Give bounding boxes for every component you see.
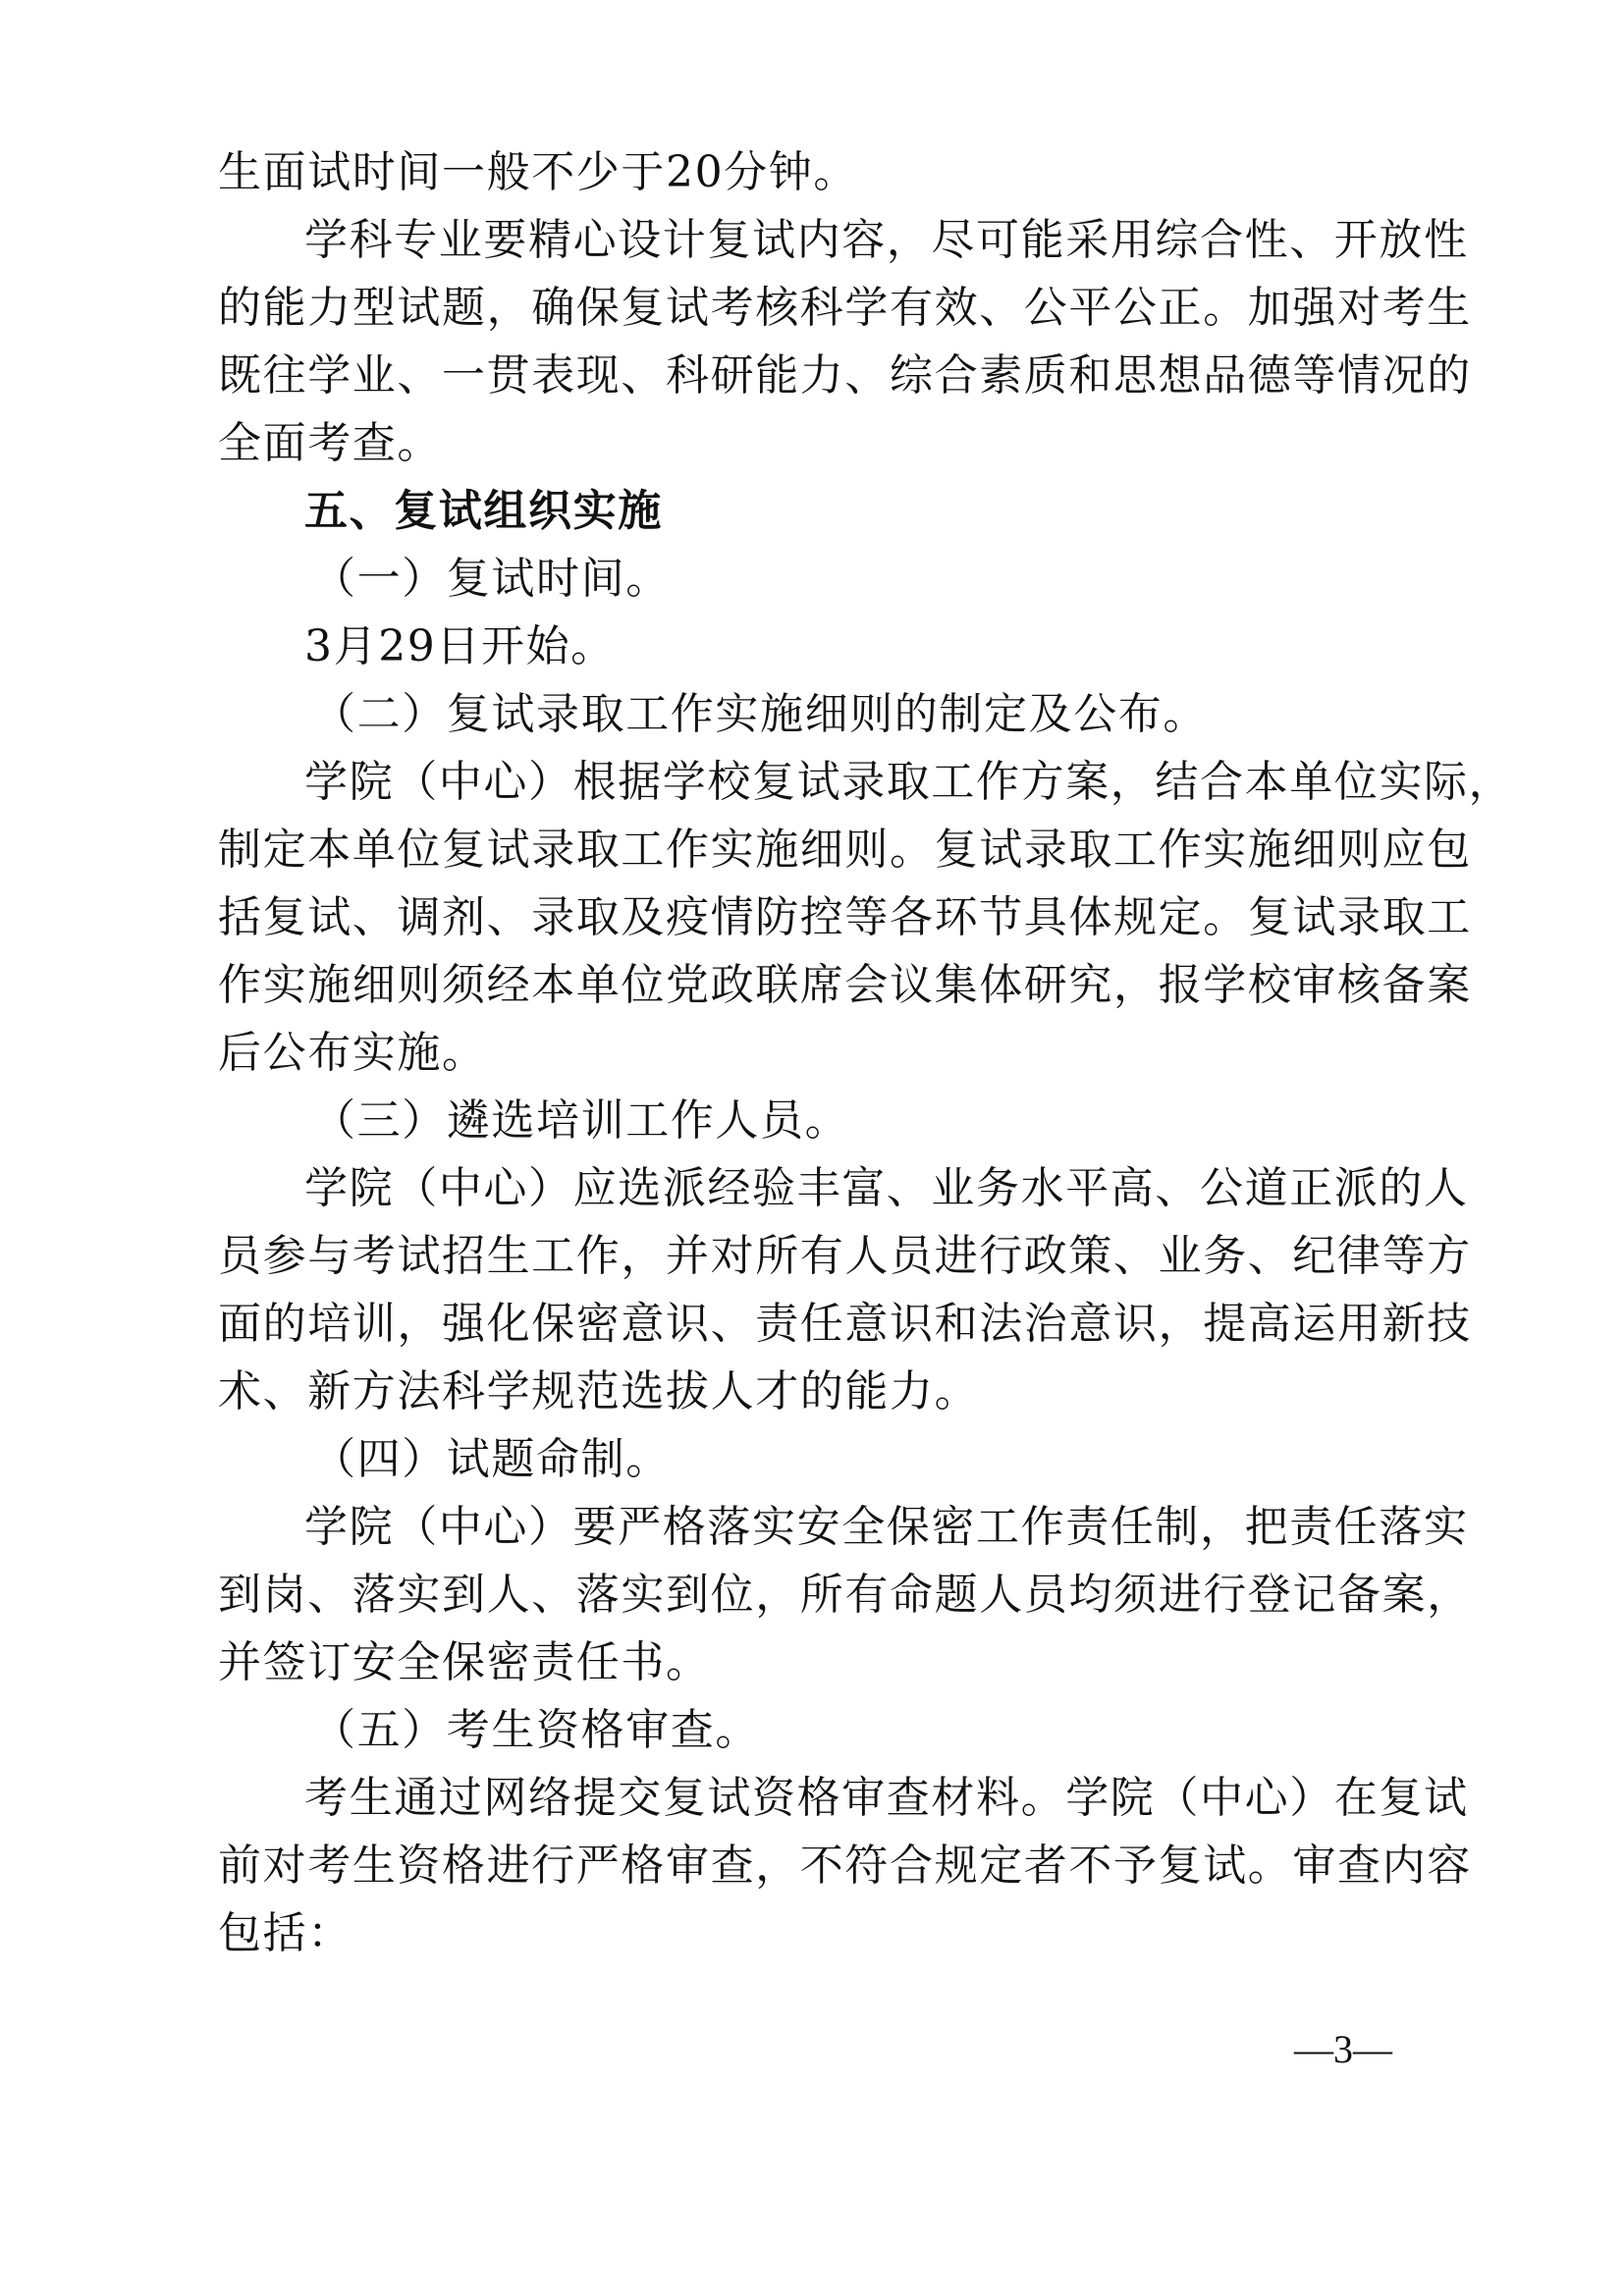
document-page: 生面试时间一般不少于20分钟。学科专业要精心设计复试内容，尽可能采用综合性、开放… [0, 0, 1624, 2296]
paragraph-line: 考生通过网络提交复试资格审查材料。学院（中心）在复试 [304, 1771, 1518, 1826]
paragraph-line: 学科专业要精心设计复试内容，尽可能采用综合性、开放性 [304, 213, 1518, 268]
paragraph-line: 3月29日开始。 [304, 619, 1518, 674]
subsection-heading: （四）试题命制。 [312, 1432, 1526, 1487]
paragraph-line: 的能力型试题，确保复试考核科学有效、公平公正。加强对考生 [218, 281, 1432, 336]
paragraph-line: 术、新方法科学规范选拔人才的能力。 [218, 1364, 1432, 1419]
paragraph-line: 包括： [218, 1906, 1432, 1961]
paragraph-line: 制定本单位复试录取工作实施细则。复试录取工作实施细则应包 [218, 823, 1432, 878]
paragraph-line: 学院（中心）要严格落实安全保密工作责任制，把责任落实 [304, 1500, 1518, 1555]
page-number: —3— [1294, 2026, 1392, 2073]
paragraph-line: 全面考查。 [218, 416, 1432, 471]
paragraph-line: 后公布实施。 [218, 1026, 1432, 1081]
subsection-heading: （一）复试时间。 [312, 552, 1526, 607]
paragraph-line: 员参与考试招生工作，并对所有人员进行政策、业务、纪律等方 [218, 1229, 1432, 1284]
paragraph-line: 既往学业、一贯表现、科研能力、综合素质和思想品德等情况的 [218, 348, 1432, 403]
paragraph-line: 前对考生资格进行严格审查，不符合规定者不予复试。审查内容 [218, 1839, 1432, 1894]
subsection-heading: （五）考生资格审查。 [312, 1703, 1526, 1758]
subsection-heading: （二）复试录取工作实施细则的制定及公布。 [312, 687, 1526, 742]
paragraph-line: 生面试时间一般不少于20分钟。 [218, 145, 1432, 200]
paragraph-line: 到岗、落实到人、落实到位，所有命题人员均须进行登记备案， [218, 1568, 1432, 1623]
section-heading: 五、复试组织实施 [304, 484, 1518, 539]
paragraph-line: 面的培训，强化保密意识、责任意识和法治意识，提高运用新技 [218, 1297, 1432, 1352]
paragraph-line: 学院（中心）根据学校复试录取工作方案，结合本单位实际， [304, 755, 1518, 810]
paragraph-line: 并签订安全保密责任书。 [218, 1635, 1432, 1690]
paragraph-line: 学院（中心）应选派经验丰富、业务水平高、公道正派的人 [304, 1161, 1518, 1216]
paragraph-line: 括复试、调剂、录取及疫情防控等各环节具体规定。复试录取工 [218, 890, 1432, 945]
paragraph-line: 作实施细则须经本单位党政联席会议集体研究，报学校审核备案 [218, 958, 1432, 1013]
subsection-heading: （三）遴选培训工作人员。 [312, 1094, 1526, 1148]
